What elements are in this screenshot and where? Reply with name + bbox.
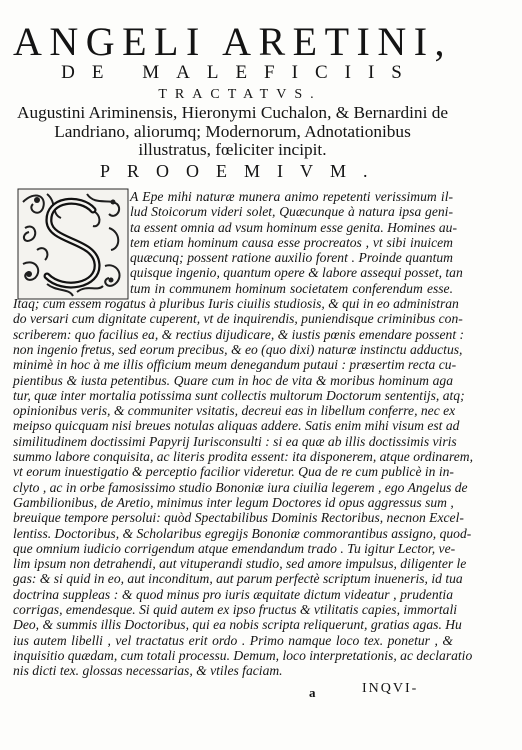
text-line: que omnium iudicio corrigendum atque eme…	[13, 541, 453, 556]
catchword: INQVI-	[362, 681, 418, 697]
text-line: breuique tempore persolui: quòd Spectabi…	[13, 510, 453, 525]
text-line: tum in communem hominum societatem confe…	[13, 281, 453, 296]
text-line: gas: & si quid in eo, aut inconditum, au…	[13, 571, 453, 586]
section-heading: PROOEMIVM.	[100, 160, 360, 182]
signature-mark: a	[309, 685, 316, 701]
text-line: doctrina suppleas : & quod minus pro iur…	[13, 587, 453, 602]
text-line: tur, quæ inter mortalia potissima sunt c…	[13, 388, 453, 403]
text-line: vt eorum inuestigatio & perceptio facili…	[13, 464, 453, 479]
book-title: ANGELI ARETINI,	[10, 22, 455, 62]
text-line: Itaq; cum essem rogatus à pluribus Iuris…	[13, 296, 453, 311]
text-line: ta essent omnia ad vsum hominum esse gen…	[13, 220, 453, 235]
text-line: do versari cum dignitate cuperent, vt de…	[13, 311, 453, 326]
text-line: clyto , ac in orbe famosissimo studio Bo…	[13, 480, 453, 495]
text-line: non ingenio fretus, sed eorum precibus, …	[13, 342, 453, 357]
authors-line: Augustini Ariminensis, Hieronymi Cuchalo…	[10, 104, 455, 123]
text-line: lud Stoicorum videri solet, Quæcunque à …	[13, 204, 453, 219]
text-line: inquisitio quædam, cum totali processu. …	[13, 648, 453, 663]
text-line: nis dicti tex. glossas necessarias, & vt…	[13, 663, 453, 678]
text-line: tem etiam hominum causa esse procreatos …	[13, 235, 453, 250]
text-line: ius autem libelli , vel tractatus erit o…	[13, 633, 453, 648]
tractatus-label: TRACTATVS.	[130, 87, 350, 103]
text-line: opinionibus veris, & communiter vsitatis…	[13, 403, 453, 418]
text-line: similitudinem doctissimi Papyrij Iurisco…	[13, 434, 453, 449]
text-line: Deo, & summis illis Doctoribus, qui ea n…	[13, 617, 453, 632]
authors-line: Landriano, aliorumq; Modernorum, Adnotat…	[10, 123, 455, 142]
text-line: quæcunq; possent ratione auxilio forent …	[13, 250, 453, 265]
proemium-text: A Epe mihi naturæ munera animo repetenti…	[13, 189, 453, 679]
text-line: corrigas, emendesque. Si quid autem ex i…	[13, 602, 453, 617]
text-line: pientibus & iusta petentibus. Quare cum …	[13, 373, 453, 388]
text-line: scriberem: quo facilius ea, & rectius di…	[13, 327, 453, 342]
book-page: ANGELI ARETINI, DE MALEFICIIS TRACTATVS.…	[0, 0, 522, 750]
text-line: lentiss. Doctoribus, & Scholaribus egreg…	[13, 526, 453, 541]
book-subtitle: DE MALEFICIIS	[60, 62, 420, 84]
text-line: lim ipsum non detrahendi, aut vituperand…	[13, 556, 453, 571]
authors-line: illustratus, fœliciter incipit.	[10, 141, 455, 160]
authors-block: Augustini Ariminensis, Hieronymi Cuchalo…	[10, 104, 455, 160]
text-line: minimè in hoc à me illis officium meum d…	[13, 357, 453, 372]
text-line: Gambilionibus, de Aretio, minimus inter …	[13, 495, 453, 510]
text-line: A Epe mihi naturæ munera animo repetenti…	[13, 189, 453, 204]
text-line: quisque ingenio, quantum opere & labore …	[13, 265, 453, 280]
text-line: meipso quicquam nisi breues notulas aliq…	[13, 418, 453, 433]
text-line: summo labore conquisita, ac literis prod…	[13, 449, 453, 464]
